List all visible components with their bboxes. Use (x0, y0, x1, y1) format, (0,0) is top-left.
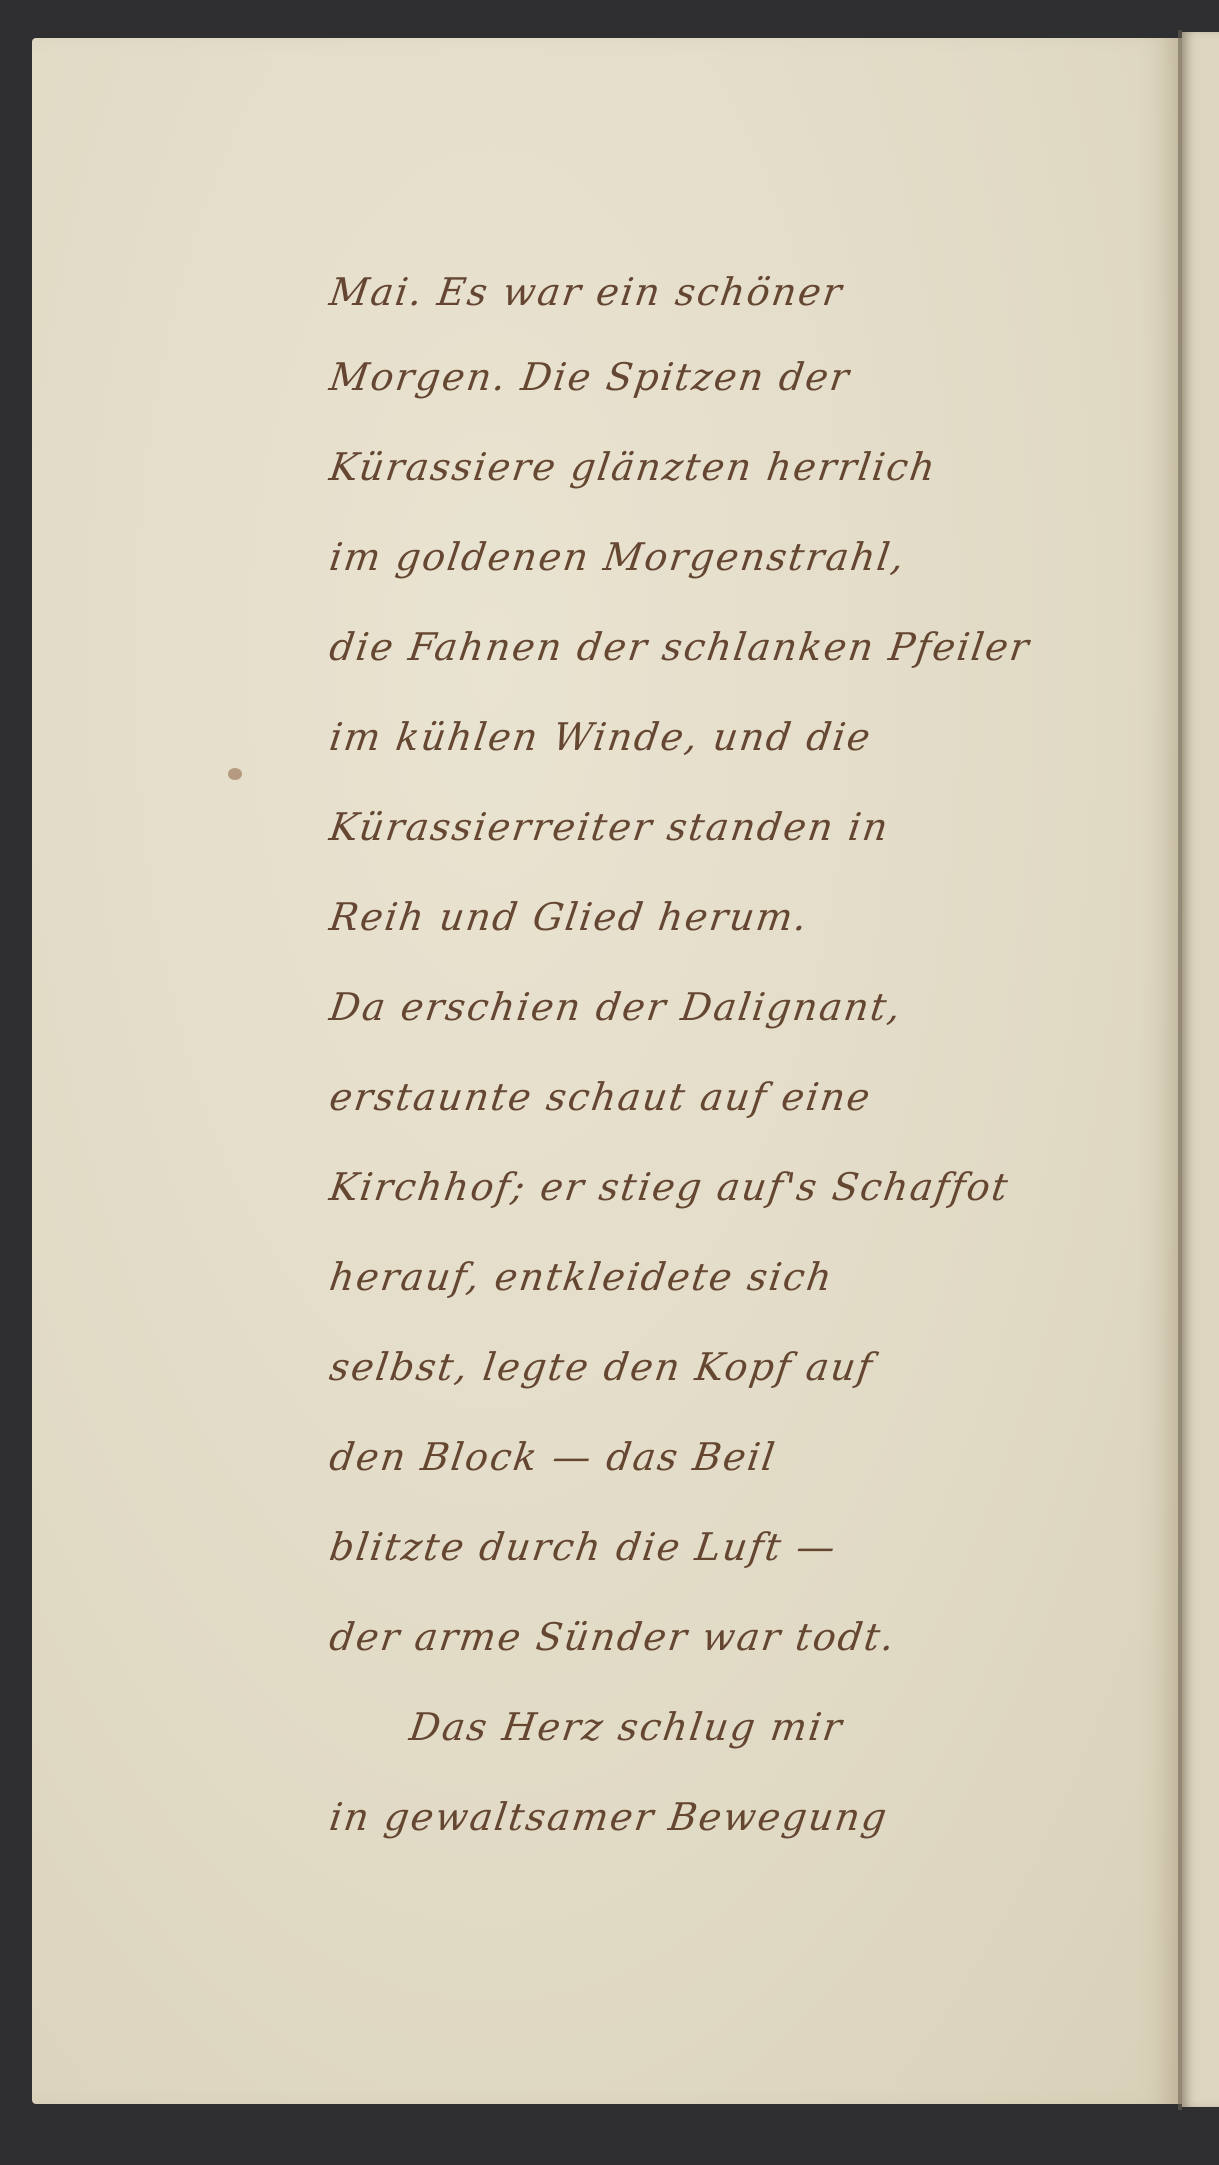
text-line-12: herauf, entkleidete sich (327, 1255, 836, 1299)
text-line-6: im kühlen Winde, und die (327, 715, 875, 759)
text-line-5: die Fahnen der schlanken Pfeiler (327, 625, 1033, 669)
text-line-3: Kürassiere glänzten herrlich (327, 445, 940, 489)
text-line-15: blitzte durch die Luft — (327, 1525, 840, 1569)
text-line-14: den Block — das Beil (327, 1435, 779, 1479)
text-line-16: der arme Sünder war todt. (327, 1615, 899, 1659)
text-line-4: im goldenen Morgenstrahl, (327, 535, 909, 579)
text-line-17: Das Herz schlug mir (407, 1705, 846, 1749)
text-line-18: in gewaltsamer Bewegung (327, 1795, 891, 1839)
facing-page-edge (1182, 32, 1219, 2107)
text-line-13: selbst, legte den Kopf auf (327, 1345, 877, 1389)
text-line-1: Mai. Es war ein schöner (327, 270, 846, 314)
text-line-10: erstaunte schaut auf eine (327, 1075, 875, 1119)
text-line-8: Reih und Glied herum. (327, 895, 812, 939)
text-line-9: Da erschien der Dalignant, (327, 985, 905, 1029)
text-line-7: Kürassierreiter standen in (327, 805, 893, 849)
text-line-2: Morgen. Die Spitzen der (327, 355, 854, 399)
text-line-11: Kirchhof; er stieg auf's Schaffot (327, 1165, 1012, 1209)
paper-stain (228, 768, 242, 780)
